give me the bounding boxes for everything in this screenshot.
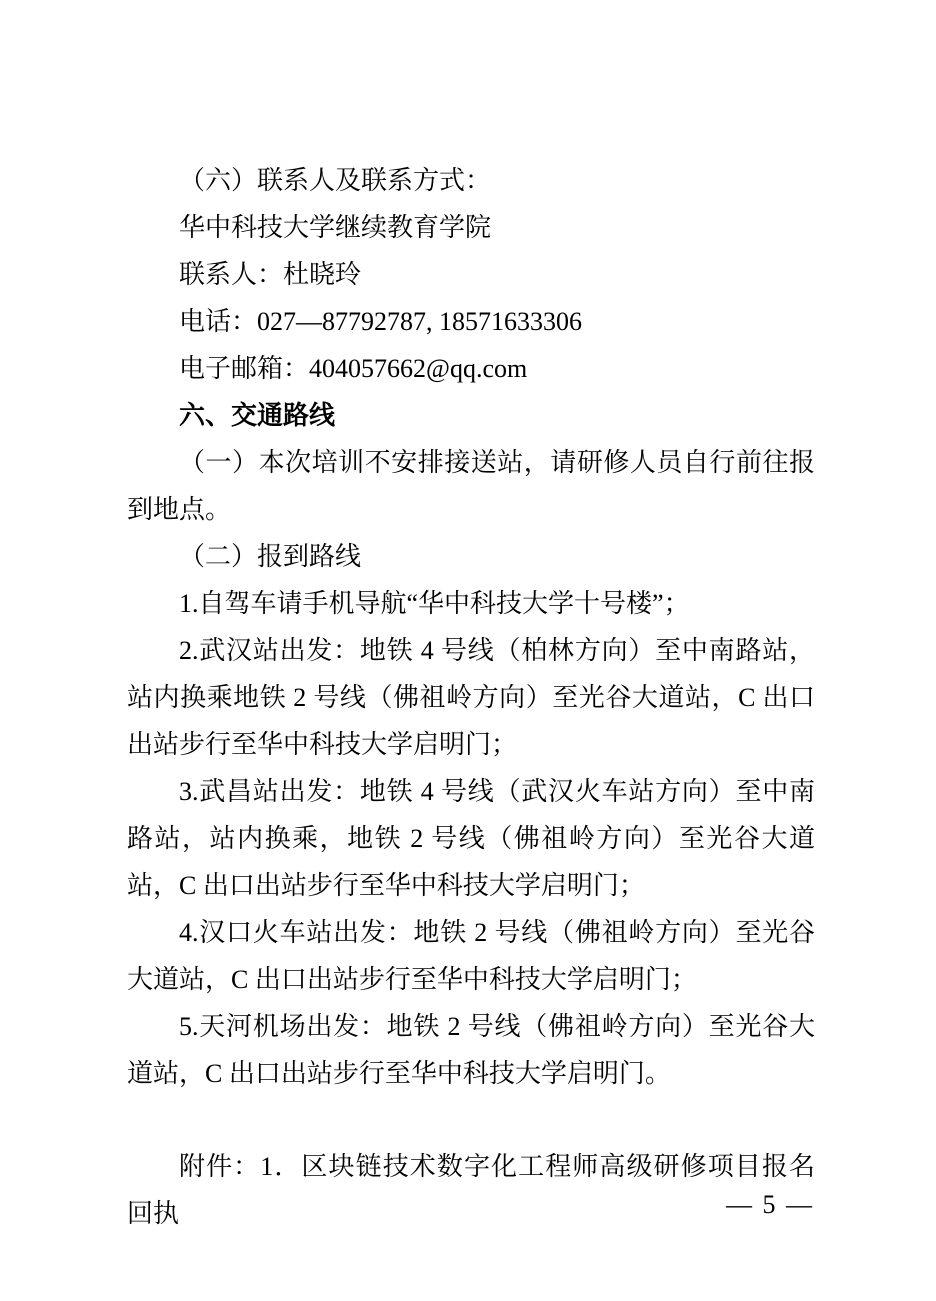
contact-person: 联系人：杜晓玲 [127,251,815,298]
contact-organization: 华中科技大学继续教育学院 [127,204,815,251]
traffic-subheading: （二）报到路线 [127,533,815,580]
page-number: — 5 — [726,1188,814,1222]
contact-phone: 电话：027—87792787, 18571633306 [127,298,815,345]
route-item-2: 2.武汉站出发：地铁 4 号线（柏林方向）至中南路站，站内换乘地铁 2 号线（佛… [127,627,815,768]
route-item-1: 1.自驾车请手机导航“华中科技大学十号楼”； [127,580,815,627]
route-item-4: 4.汉口火车站出发：地铁 2 号线（佛祖岭方向）至光谷大道站，C 出口出站步行至… [127,909,815,1003]
route-item-3: 3.武昌站出发：地铁 4 号线（武汉火车站方向）至中南路站，站内换乘，地铁 2 … [127,768,815,909]
document-page: （六）联系人及联系方式： 华中科技大学继续教育学院 联系人：杜晓玲 电话：027… [0,0,936,1301]
attachment-line: 附件：1．区块链技术数字化工程师高级研修项目报名回执 [127,1143,815,1237]
contact-section-title: （六）联系人及联系方式： [127,157,815,204]
traffic-section-heading: 六、交通路线 [127,392,815,439]
document-body: （六）联系人及联系方式： 华中科技大学继续教育学院 联系人：杜晓玲 电话：027… [127,157,815,1237]
route-item-5: 5.天河机场出发：地铁 2 号线（佛祖岭方向）至光谷大道站，C 出口出站步行至华… [127,1003,815,1097]
traffic-note: （一）本次培训不安排接送站，请研修人员自行前往报到地点。 [127,439,815,533]
contact-email: 电子邮箱：404057662@qq.com [127,345,815,392]
